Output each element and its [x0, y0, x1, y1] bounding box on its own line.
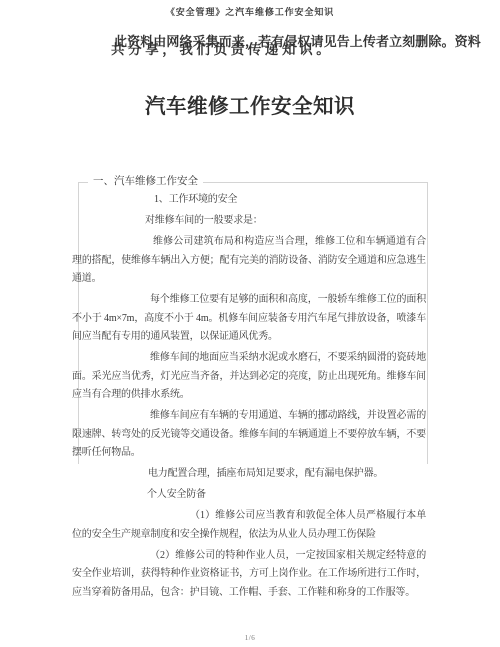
paragraph: 对维修车间的一般要求是：	[72, 212, 426, 231]
document-page: 《安全管理》之汽车维修工作安全知识 此资料由网络采集而来，若有侵权请见告上传者立…	[0, 0, 500, 647]
paragraph: 维修公司建筑布局和构造应当合理，维修工位和车辆通道有合理的搭配，使维修车辆出入方…	[72, 233, 426, 289]
section-heading: 一、汽车维修工作安全	[88, 175, 203, 189]
paragraph: 个人安全防备	[72, 486, 426, 505]
document-header: 《安全管理》之汽车维修工作安全知识	[0, 5, 500, 18]
paragraph: 电力配置合理，插座布局知足要求，配有漏电保护器。	[72, 465, 426, 484]
paragraph: 1、工作环境的安全	[72, 191, 426, 210]
footer-page-number: 1/6	[0, 634, 500, 642]
paragraph: 维修车间的地面应当采纳水泥或水磨石，不要采纳圆滑的瓷砖地面。采光应当优秀，灯光应…	[72, 349, 426, 405]
paragraph: 维修车间应有车辆的专用通道、车辆的挪动路线，并设置必需的限速牌、转弯处的反光镜等…	[72, 407, 426, 463]
paragraph: （1）维修公司应当教育和敦促全体人员严格履行本单位的安全生产规章制度和安全操作规…	[72, 507, 426, 544]
section-body: 1、工作环境的安全对维修车间的一般要求是：维修公司建筑布局和构造应当合理，维修工…	[72, 191, 426, 605]
paragraph: 每个维修工位要有足够的面积和高度，一般轿车维修工位的面积不小于 4m×7m，高度…	[72, 291, 426, 347]
page-title: 汽车维修工作安全知识	[0, 89, 500, 119]
notice-line-overlap-bottom: 共分享，我们负责传递知识。	[111, 38, 333, 58]
paragraph: （2）维修公司的特种作业人员，一定按国家相关规定经特意的安全作业培训，获得特种作…	[72, 547, 426, 603]
